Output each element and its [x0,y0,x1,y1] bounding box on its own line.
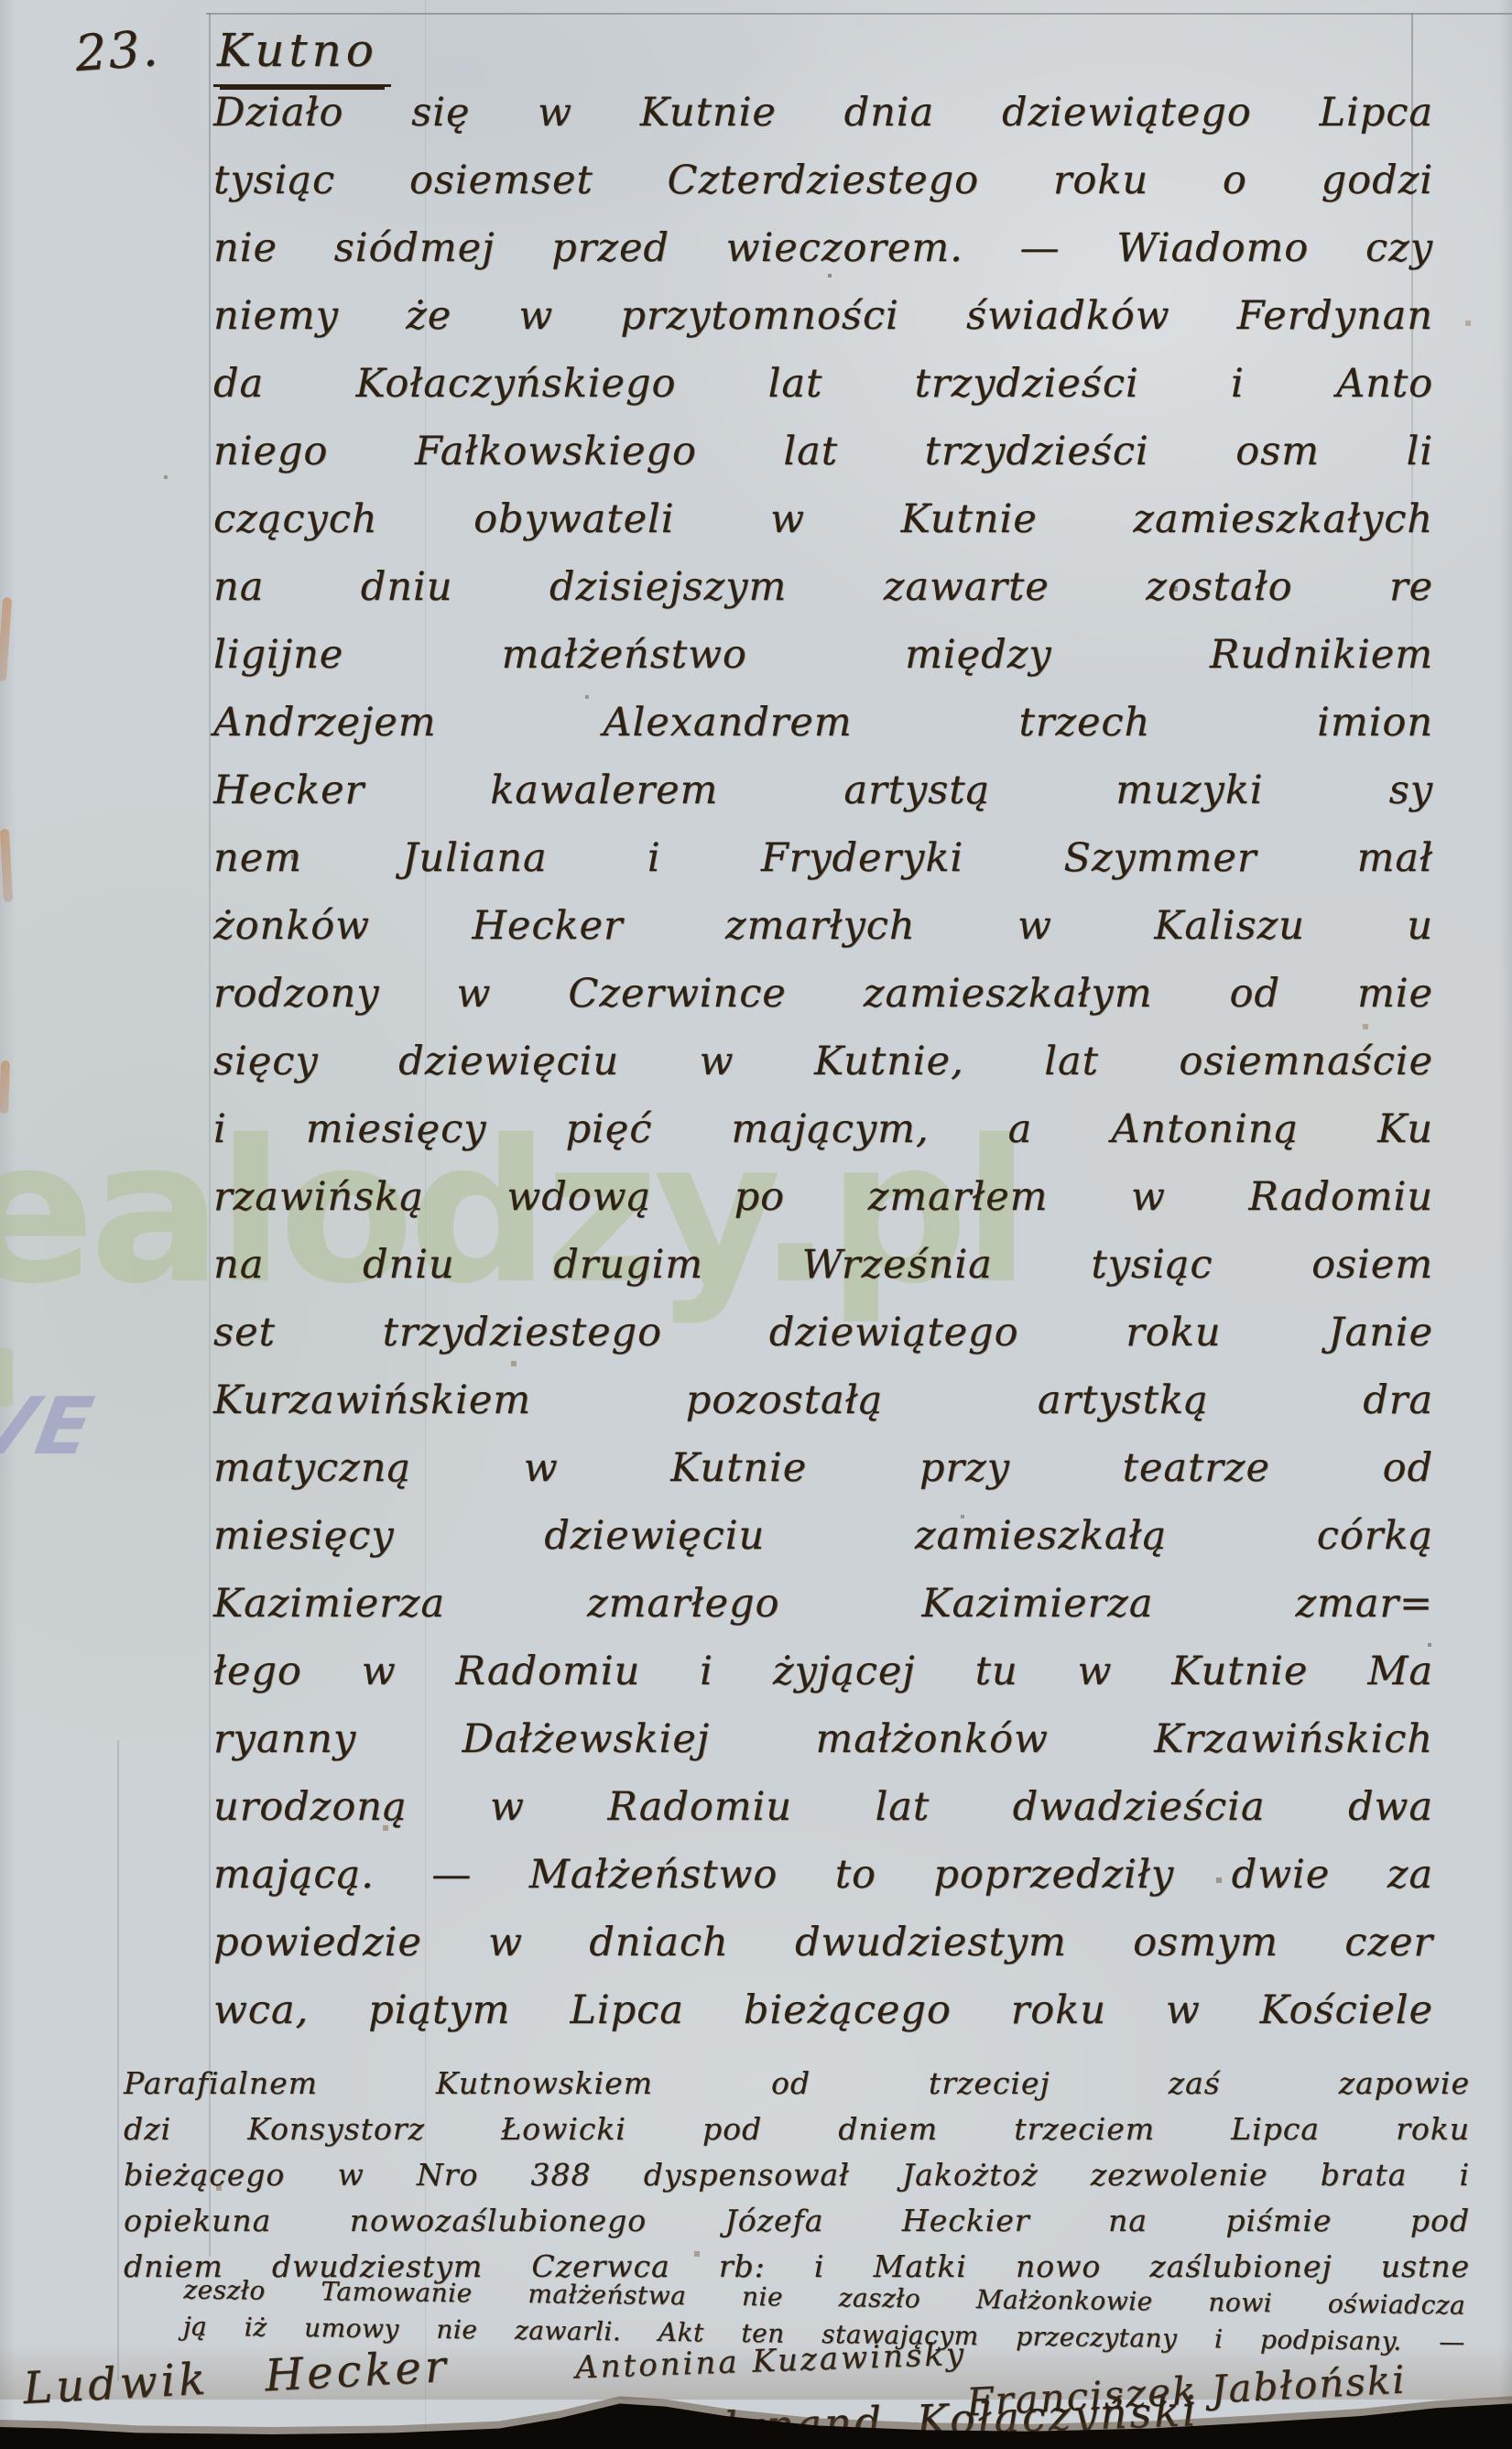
act-text-line: na dniu dzisiejszym zawarte zostało re [213,564,1433,632]
act-text-lower: Parafialnem Kutnowskiem od trzeciej zaś … [124,2065,1470,2294]
act-text-line: rodzony w Czerwince zamieszkałym od mie [213,971,1433,1039]
vertical-crease-lower [117,1740,119,2381]
act-text-line: opiekuna nowozaślubionego Józefa Heckier… [124,2203,1470,2248]
foxing-specks [0,0,2,2]
record-number: 23. [73,19,161,82]
act-text-line: mającą. — Małżeństwo to poprzedziły dwie… [213,1852,1433,1920]
partial-logo-watermark: VE [0,1381,101,1473]
rust-stain [0,597,12,681]
act-text-line: sięcy dziewięciu w Kutnie, lat osiemnaśc… [213,1039,1433,1106]
act-text-line: bieżącego w Nro 388 dyspensował Jakożtoż… [124,2157,1470,2203]
pencil-frame-top [206,13,1512,15]
act-text-line: żonków Hecker zmarłych w Kaliszu u [213,903,1433,971]
act-text-line: tysiąc osiemset Czterdziestego roku o go… [213,158,1433,225]
act-text-line: na dniu drugim Września tysiąc osiem [213,1242,1433,1310]
bottom-edge-shadow [0,2345,1512,2400]
act-text-line: urodzoną w Radomiu lat dwadzieścia dwa [213,1784,1433,1852]
act-text-line: i miesięcy pięć mającym, a Antoniną Ku [213,1106,1433,1174]
act-text-line: Parafialnem Kutnowskiem od trzeciej zaś … [124,2065,1470,2111]
act-text-line: nie siódmej przed wieczorem. — Wiadomo c… [213,225,1433,293]
act-text-line: czących obywateli w Kutnie zamieszkałych [213,496,1433,564]
act-text-line: nem Juliana i Fryderyki Szymmer mał [213,835,1433,903]
place-header: Kutno [213,24,391,77]
act-text-main: Działo się w Kutnie dnia dziewiątego Lip… [213,90,1433,2055]
rust-stain [0,829,13,902]
act-text-line: Hecker kawalerem artystą muzyki sy [213,767,1433,835]
act-text-line: Andrzejem Alexandrem trzech imion [213,700,1433,767]
act-text-line: niemy że w przytomności świadków Ferdyna… [213,293,1433,361]
act-text-line: matyczną w Kutnie przy teatrze od [213,1445,1433,1513]
act-text-line: Działo się w Kutnie dnia dziewiątego Lip… [213,90,1433,158]
act-text-line: ligijne małżeństwo między Rudnikiem [213,632,1433,700]
place-header-underlined: Kutno [213,24,391,87]
act-text-line: da Kołaczyńskiego lat trzydzieści i Anto [213,361,1433,429]
act-text-line: ryanny Dałżewskiej małżonków Krzawińskic… [213,1716,1433,1784]
act-text-line: niego Fałkowskiego lat trzydzieści osm l… [213,429,1433,496]
act-text-line: miesięcy dziewięciu zamieszkałą córką [213,1513,1433,1581]
act-text-line: rzawińską wdową po zmarłem w Radomiu [213,1174,1433,1242]
act-text-line: set trzydziestego dziewiątego roku Janie [213,1310,1433,1377]
act-text-line: Kurzawińskiem pozostałą artystką dra [213,1377,1433,1445]
act-text-line: łego w Radomiu i żyjącej tu w Kutnie Ma [213,1649,1433,1716]
scanned-registry-page: ealodzy.pl VE 23. Kutno Działo się w Kut… [0,0,1512,2449]
act-text-line: wca, piątym Lipca bieżącego roku w Kości… [213,1987,1433,2055]
act-text-line: Kazimierza zmarłego Kazimierza zmar= [213,1581,1433,1649]
act-text-line: dzi Konsystorz Łowicki pod dniem trzecie… [124,2111,1470,2157]
act-text-line: powiedzie w dniach dwudziestym osmym cze… [213,1920,1433,1987]
